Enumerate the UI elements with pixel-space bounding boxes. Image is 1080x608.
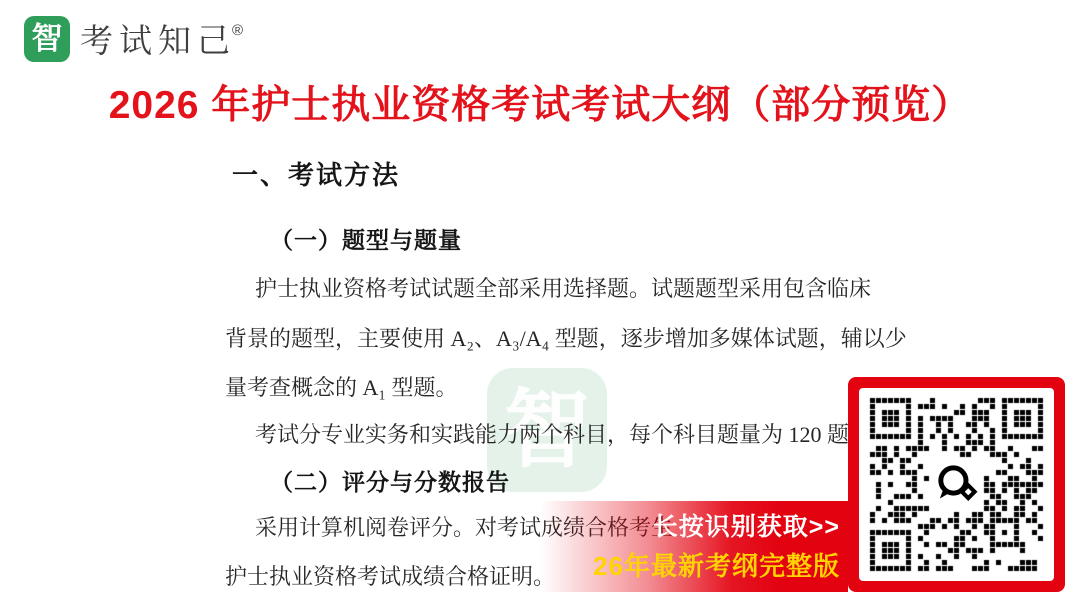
wecom-chat-icon [930, 458, 984, 512]
page-title: 2026 年护士执业资格考试考试大纲（部分预览） [0, 74, 1080, 130]
paragraph-line: 背景的题型，主要使用 A₂、A₃/A₄ 型题，逐步增加多媒体试题，辅以少 [225, 322, 907, 353]
brand-name: 考试知己 [80, 15, 236, 62]
brand-logo-icon: 智 [24, 16, 70, 62]
cta-banner: 长按识别获取>> 26年最新考纲完整版 [540, 501, 848, 592]
cta-line-2: 26年最新考纲完整版 [540, 546, 840, 586]
qr-code-inner [859, 388, 1054, 581]
poster: 智 考试知己 ® 2026 年护士执业资格考试考试大纲（部分预览） 智 一、考试… [0, 0, 1080, 608]
cta-line-1: 长按识别获取>> [540, 508, 840, 546]
registered-trademark-mark: ® [232, 22, 243, 39]
qr-code [848, 377, 1065, 592]
brand-logo-glyph: 智 [32, 23, 63, 54]
paragraph-line: 量考查概念的 A₁ 型题。 [225, 371, 458, 402]
section-heading: 一、考试方法 [232, 155, 400, 192]
subsection-heading-2: （二）评分与分数报告 [270, 464, 510, 497]
brand-header: 智 考试知己 ® [24, 15, 247, 62]
paragraph-line: 护士执业资格考试成绩合格证明。 [225, 560, 555, 591]
paragraph-line: 护士执业资格考试试题全部采用选择题。试题题型采用包含临床 [255, 272, 871, 303]
paragraph-line: 考试分专业实务和实践能力两个科目，每个科目题量为 120 题。 [255, 418, 871, 449]
subsection-heading-1: （一）题型与题量 [270, 222, 462, 255]
